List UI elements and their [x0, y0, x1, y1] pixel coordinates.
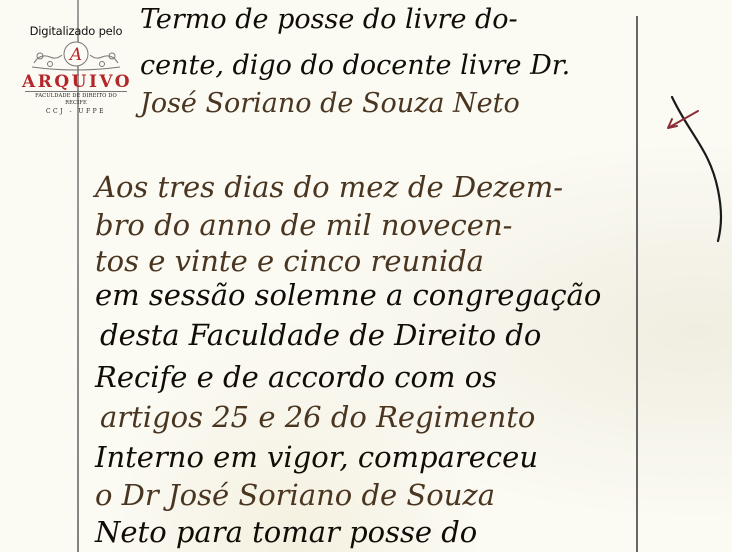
body-line-4: em sessão solemne a congregação — [95, 278, 601, 312]
body-line-2: bro do anno de mil novecen- — [95, 208, 512, 242]
right-margin-rule — [636, 16, 638, 552]
logo-unit: CCJ - UFPE — [22, 107, 130, 117]
margin-check-mark-icon — [660, 95, 730, 255]
logo-institution: FACULDADE DE DIREITO DO RECIFE — [25, 91, 127, 107]
svg-text:A: A — [68, 45, 82, 65]
logo-name: ARQUIVO — [22, 73, 130, 91]
body-line-3: tos e vinte e cinco reunida — [95, 244, 484, 278]
body-line-8: Interno em vigor, compareceu — [95, 440, 538, 474]
body-line-1: Aos tres dias do mez de Dezem- — [95, 170, 563, 204]
scanned-document-page: Digitalizado pelo A ARQUIVO FACULDADE DE… — [0, 0, 732, 552]
archive-logo: Digitalizado pelo A ARQUIVO FACULDADE DE… — [22, 24, 130, 117]
crest-icon: A — [28, 39, 124, 73]
body-line-10: Neto para tomar posse do — [95, 515, 477, 549]
body-line-6: Recife e de accordo com os — [95, 360, 497, 394]
heading-line-3: José Soriano de Souza Neto — [140, 88, 520, 119]
logo-tagline: Digitalizado pelo — [22, 24, 130, 38]
heading-line-1: Termo de posse do livre do- — [140, 4, 518, 35]
body-line-5: desta Faculdade de Direito do — [100, 318, 541, 352]
body-line-7: artigos 25 e 26 do Regimento — [100, 400, 535, 434]
body-line-9: o Dr José Soriano de Souza — [95, 478, 495, 512]
heading-line-2: cente, digo do docente livre Dr. — [140, 50, 570, 81]
